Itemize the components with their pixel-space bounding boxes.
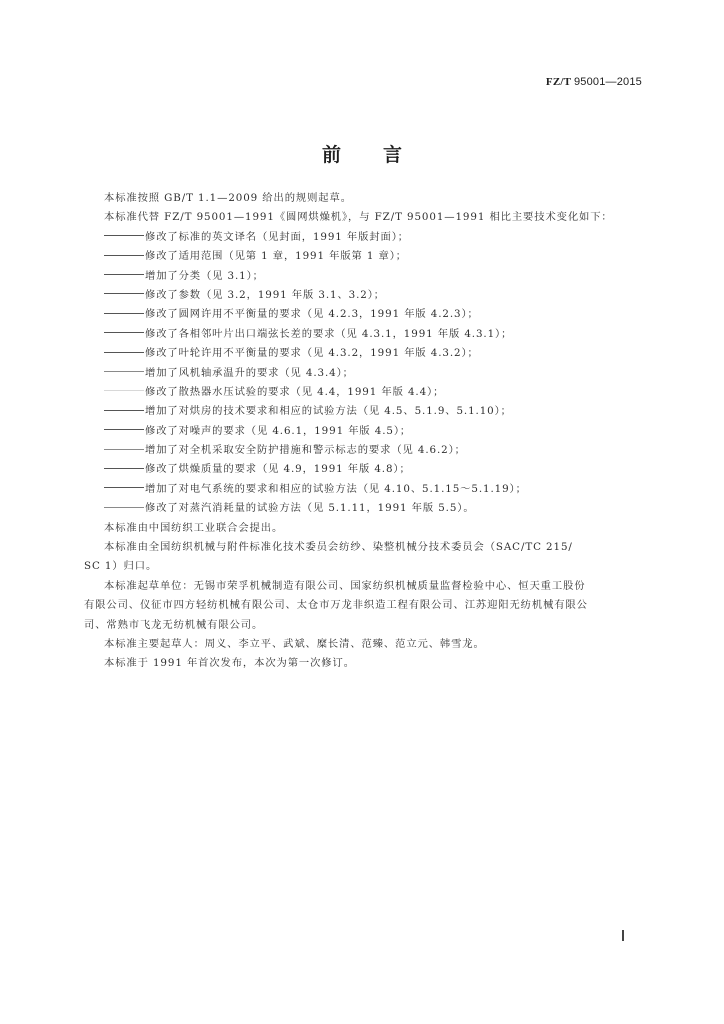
paragraph-history: 本标准于 1991 年首次发布，本次为第一次修订。 <box>84 654 646 673</box>
paragraph-technical-committee-cont: SC 1）归口。 <box>84 557 646 576</box>
paragraph-drafting-units: 本标准起草单位：无锡市荣孚机械制造有限公司、国家纺织机械质量监督检验中心、恒天重… <box>84 577 646 596</box>
standard-number: 95001—2015 <box>574 76 642 88</box>
dash-marker <box>104 468 144 469</box>
dash-marker <box>104 449 144 450</box>
dash-marker <box>104 235 144 236</box>
dash-marker <box>104 507 144 508</box>
change-item: 增加了风机轴承温升的要求（见 4.3.4）； <box>84 364 646 383</box>
document-page: FZ/T 95001—2015 前言 本标准按照 GB/T 1.1—2009 给… <box>0 0 724 1024</box>
dash-marker <box>104 410 144 411</box>
page-title: 前言 <box>0 140 724 167</box>
paragraph-technical-committee: 本标准由全国纺织机械与附件标准化技术委员会纺纱、染整机械分技术委员会（SAC/T… <box>84 538 646 557</box>
change-item: 修改了叶轮许用不平衡量的要求（见 4.3.2，1991 年版 4.3.2）； <box>84 344 646 363</box>
paragraph-drafting-units-cont: 有限公司、仪征市四方轻纺机械有限公司、太仓市万龙非织造工程有限公司、江苏迎阳无纺… <box>84 596 646 615</box>
change-item: 修改了各相邻叶片出口端弦长差的要求（见 4.3.1，1991 年版 4.3.1）… <box>84 325 646 344</box>
foreword-body: 本标准按照 GB/T 1.1—2009 给出的规则起草。 本标准代替 FZ/T … <box>84 189 646 674</box>
paragraph-drafters: 本标准主要起草人：周义、李立平、武斌、糜长清、范臻、范立元、韩雪龙。 <box>84 635 646 654</box>
dash-marker <box>104 313 144 314</box>
change-item: 修改了标准的英文译名（见封面，1991 年版封面）； <box>84 228 646 247</box>
paragraph-drafting-units-cont: 司、常熟市飞龙无纺机械有限公司。 <box>84 616 646 635</box>
change-item: 修改了散热器水压试验的要求（见 4.4，1991 年版 4.4）； <box>84 383 646 402</box>
dash-marker <box>104 352 144 353</box>
paragraph-replaces: 本标准代替 FZ/T 95001—1991《圆网烘燥机》，与 FZ/T 9500… <box>84 208 646 227</box>
title-char-2: 言 <box>383 140 402 167</box>
change-item: 修改了对噪声的要求（见 4.6.1，1991 年版 4.5）； <box>84 422 646 441</box>
title-char-1: 前 <box>322 140 341 167</box>
dash-marker <box>104 429 144 430</box>
dash-marker <box>104 255 144 256</box>
dash-marker <box>104 274 144 275</box>
change-item: 修改了烘燥质量的要求（见 4.9，1991 年版 4.8）； <box>84 460 646 479</box>
change-item: 修改了对蒸汽消耗量的试验方法（见 5.1.11，1991 年版 5.5）。 <box>84 499 646 518</box>
dash-marker <box>104 293 144 294</box>
change-item: 增加了对烘房的技术要求和相应的试验方法（见 4.5、5.1.9、5.1.10）； <box>84 402 646 421</box>
change-item: 修改了参数（见 3.2，1991 年版 3.1、3.2）； <box>84 286 646 305</box>
page-number <box>622 930 624 941</box>
dash-marker <box>104 487 144 488</box>
paragraph-proposed-by: 本标准由中国纺织工业联合会提出。 <box>84 519 646 538</box>
dash-marker <box>104 332 144 333</box>
change-item: 增加了对电气系统的要求和相应的试验方法（见 4.10、5.1.15～5.1.19… <box>84 480 646 499</box>
paragraph-drafting-rules: 本标准按照 GB/T 1.1—2009 给出的规则起草。 <box>84 189 646 208</box>
change-item: 修改了圆网许用不平衡量的要求（见 4.2.3，1991 年版 4.2.3）； <box>84 305 646 324</box>
change-item: 修改了适用范围（见第 1 章，1991 年版第 1 章）； <box>84 247 646 266</box>
standard-prefix: FZ/T <box>546 76 571 88</box>
standard-code: FZ/T 95001—2015 <box>546 76 642 88</box>
dash-marker <box>104 371 144 372</box>
change-item: 增加了对全机采取安全防护措施和警示标志的要求（见 4.6.2）； <box>84 441 646 460</box>
dash-marker <box>104 390 144 391</box>
change-item: 增加了分类（见 3.1）； <box>84 267 646 286</box>
